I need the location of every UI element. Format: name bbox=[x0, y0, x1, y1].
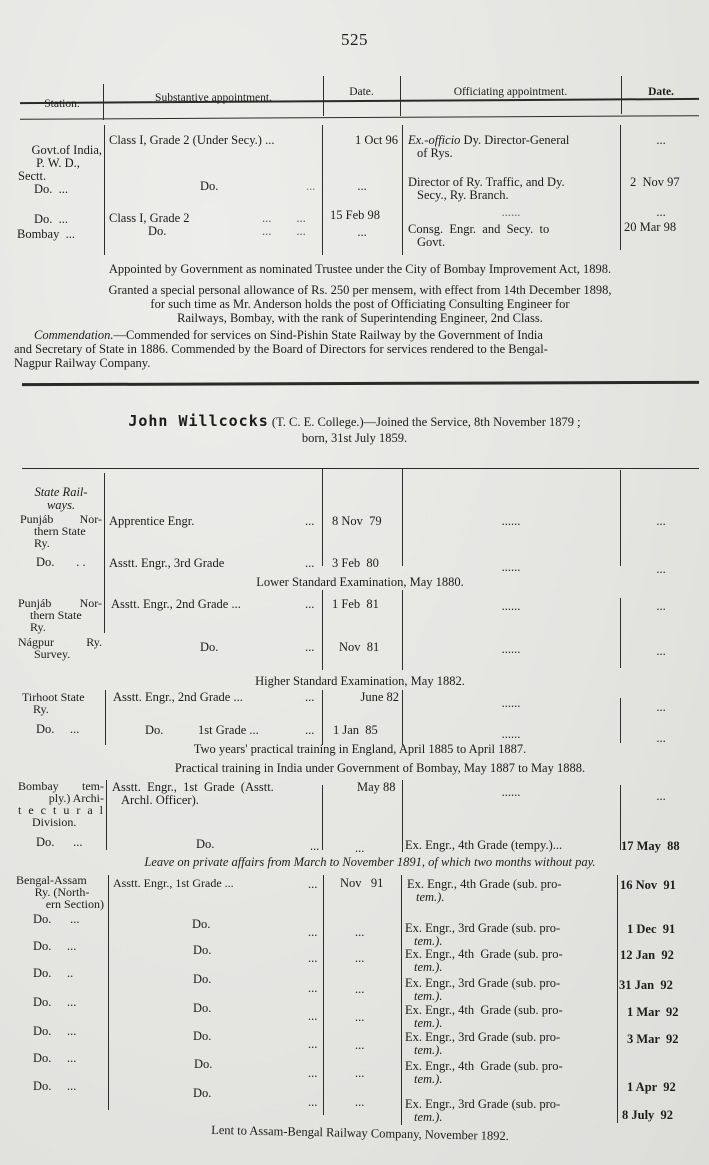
s2-r9-dots: ... bbox=[308, 878, 317, 891]
allowance-line-2: for such time as Mr. Anderson holds the … bbox=[20, 297, 700, 311]
s1-r3-date: 15 Feb 98 bbox=[330, 209, 380, 222]
s2-r16-station: Do. ... bbox=[33, 1080, 76, 1093]
s2-r12-date: ... bbox=[355, 983, 364, 996]
officer-name: John Willcocks bbox=[128, 412, 268, 430]
s2-r4-station-rest: Survey. bbox=[34, 648, 70, 660]
s2-r3-station-rest: thern State Ry. bbox=[30, 609, 82, 633]
s1-divider-3 bbox=[402, 125, 403, 255]
s1-r2-substantive: Do. bbox=[200, 180, 218, 193]
s2-r4-dots: ... bbox=[305, 641, 314, 654]
substantive-line: Archl. Officer). bbox=[112, 794, 274, 807]
s2-r3-officiating: ...... bbox=[402, 600, 620, 613]
s2-r4-substantive: Do. bbox=[200, 641, 218, 654]
trustee-note: Appointed by Government as nominated Tru… bbox=[20, 262, 700, 276]
commendation-label: Commendation. bbox=[34, 328, 114, 342]
officiating-line: tem.). bbox=[405, 1111, 560, 1124]
s1-divider-2 bbox=[322, 125, 323, 255]
s2-r4-date: Nov 81 bbox=[339, 641, 379, 654]
s1-r2-dots: ... bbox=[306, 180, 315, 193]
s2-r9-date2: 16 Nov 91 bbox=[620, 879, 676, 892]
page-number: 525 bbox=[0, 30, 709, 50]
station-line: Ry. bbox=[34, 537, 86, 549]
s2-r7-substantive: Asstt. Engr., 1st Grade (Asstt. Archl. O… bbox=[112, 781, 274, 807]
station-line: Ry. bbox=[30, 621, 82, 633]
s2-r9-officiating: Ex. Engr., 4th Grade (sub. pro- tem.). bbox=[407, 878, 561, 904]
s2-r12-substantive: Do. bbox=[193, 973, 211, 986]
s2-r2-dots: ... bbox=[305, 557, 314, 570]
lower-standard-exam: Lower Standard Examination, May 1880. bbox=[20, 575, 700, 589]
s2-divider-2c bbox=[322, 690, 323, 745]
header-date-2: Date. bbox=[621, 86, 701, 98]
s2-r15-substantive: Do. bbox=[194, 1058, 212, 1071]
officer-details: (T. C. E. College.)—Joined the Service, … bbox=[269, 415, 581, 429]
s2-r11-date: ... bbox=[355, 952, 364, 965]
s2-r10-date2: 1 Dec 91 bbox=[627, 923, 675, 936]
s2-r7-officiating: ...... bbox=[402, 786, 620, 799]
s2-r10-officiating: Ex. Engr., 3rd Grade (sub. pro- tem.). bbox=[405, 922, 560, 948]
s2-r7-station: Bombay tem- ply.) Archi- t e c t u r a l… bbox=[18, 780, 104, 828]
s2-r9-date: Nov 91 bbox=[340, 877, 383, 890]
allowance-note: Granted a special personal allowance of … bbox=[20, 283, 700, 325]
s1-r3-station: Do. ... bbox=[34, 213, 68, 226]
commendation-text: —Commended for services on Sind-Pishin S… bbox=[114, 328, 543, 342]
s2-r9-station: Bengal-Assam Ry. (North- ern Section) bbox=[16, 874, 108, 910]
label-line: ways. bbox=[18, 499, 104, 512]
s2-r1-station-rest: thern State Ry. bbox=[34, 525, 86, 549]
s2-r14-date: ... bbox=[355, 1039, 364, 1052]
s1-divider-1 bbox=[104, 125, 105, 255]
commendation: Commendation.—Commended for services on … bbox=[14, 328, 702, 370]
station-line: Division. bbox=[18, 816, 104, 828]
s1-r3-officiating: ...... bbox=[402, 206, 620, 219]
officer-heading: John Willcocks (T. C. E. College.)—Joine… bbox=[0, 414, 709, 430]
s1-r1-station: Govt.of India, P. W. D., Sectt. bbox=[14, 144, 102, 183]
s2-r6-officiating: ...... bbox=[402, 728, 620, 741]
s1-r1-date: 1 Oct 96 bbox=[326, 134, 398, 147]
officer-birth: born, 31st July 1859. bbox=[0, 431, 709, 446]
s2-r15-station: Do. ... bbox=[33, 1052, 76, 1065]
s2-r11-officiating: Ex. Engr., 4th Grade (sub. pro- tem.). bbox=[405, 948, 563, 974]
s2-r10-station: Do. ... bbox=[33, 913, 80, 926]
section2-top-rule bbox=[22, 468, 699, 469]
s2-r10-dots: ... bbox=[308, 926, 317, 939]
s2-r12-officiating: Ex. Engr., 3rd Grade (sub. pro- tem.). bbox=[405, 977, 560, 1003]
s2-r13-officiating: Ex. Engr., 4th Grade (sub. pro- tem.). bbox=[405, 1004, 563, 1030]
s2-r1-substantive: Apprentice Engr. bbox=[109, 515, 194, 528]
s2-divider-3e bbox=[401, 875, 402, 1125]
officiating-text: Secy., Ry. Branch. bbox=[408, 189, 565, 202]
leave-note: Leave on private affairs from March to N… bbox=[30, 855, 709, 869]
s2-r1-officiating: ...... bbox=[402, 515, 620, 528]
s2-r5-date2: ... bbox=[622, 701, 700, 714]
officiating-text: Govt. bbox=[408, 236, 549, 249]
s2-r14-dots: ... bbox=[308, 1038, 317, 1051]
s2-r13-dots: ... bbox=[308, 1010, 317, 1023]
s2-r2-station: Do. . . bbox=[36, 556, 86, 569]
allowance-line-1: Granted a special personal allowance of … bbox=[20, 283, 700, 297]
s2-r6-substantive-b: 1st Grade ... bbox=[198, 724, 259, 737]
s2-r11-station: Do. ... bbox=[33, 940, 76, 953]
officiating-line: tem.). bbox=[405, 990, 560, 1003]
s2-r8-officiating: Ex. Engr., 4th Grade (tempy.)... bbox=[405, 839, 562, 852]
s2-r15-dots: ... bbox=[308, 1067, 317, 1080]
s2-r8-date: ... bbox=[355, 842, 364, 855]
s2-r1-date2: ... bbox=[622, 515, 700, 528]
s2-divider-2b bbox=[322, 590, 323, 670]
s1-r4-dots: ... ... bbox=[262, 225, 306, 238]
training-england: Two years' practical training in England… bbox=[20, 742, 700, 756]
s1-r1-officiating: Ex.-officio Dy. Director-General of Rys. bbox=[408, 134, 569, 160]
s2-r15-officiating: Ex. Engr., 4th Grade (sub. pro- tem.). bbox=[405, 1060, 563, 1086]
officiating-text: Dy. Director-General bbox=[460, 133, 569, 147]
s2-divider-1d bbox=[106, 780, 107, 850]
station-line: Tirhoot State bbox=[22, 691, 85, 703]
s2-divider-2e bbox=[323, 875, 324, 1115]
s2-divider-4c bbox=[620, 698, 621, 743]
header-bottom-rule bbox=[20, 115, 699, 120]
s2-divider-2d bbox=[322, 785, 323, 850]
s2-r15-date2: 1 Apr 92 bbox=[627, 1081, 676, 1094]
s2-r3-substantive: Asstt. Engr., 2nd Grade ... bbox=[111, 598, 241, 611]
ex-officio-text: Ex.-officio bbox=[408, 133, 460, 147]
s2-r10-date: ... bbox=[355, 926, 364, 939]
s2-r11-substantive: Do. bbox=[193, 944, 211, 957]
s2-r2-substantive: Asstt. Engr., 3rd Grade bbox=[109, 557, 224, 570]
s2-divider-1a bbox=[104, 473, 105, 633]
s1-r2-date: ... bbox=[326, 180, 398, 193]
header-substantive: Substantive appointment. bbox=[104, 92, 323, 104]
s2-r1-dots: ... bbox=[305, 515, 314, 528]
s2-r13-date: ... bbox=[355, 1011, 364, 1024]
s1-r3-date2: ... bbox=[622, 206, 700, 219]
section-separator bbox=[22, 381, 699, 386]
officiating-text: of Rys. bbox=[408, 147, 569, 160]
station-line: Ry. bbox=[22, 703, 85, 715]
s2-r14-officiating: Ex. Engr., 3rd Grade (sub. pro- tem.). bbox=[405, 1031, 560, 1057]
s1-r4-officiating: Consg. Engr. and Secy. to Govt. bbox=[408, 223, 549, 249]
s2-r5-substantive: Asstt. Engr., 2nd Grade ... bbox=[113, 691, 243, 704]
s2-r5-dots: ... bbox=[305, 691, 314, 704]
s2-r16-officiating: Ex. Engr., 3rd Grade (sub. pro- tem.). bbox=[405, 1098, 560, 1124]
s1-divider-4 bbox=[620, 125, 621, 250]
s1-r4-date: ... bbox=[326, 226, 398, 239]
header-officiating: Officiating appointment. bbox=[400, 86, 621, 98]
s1-r2-officiating: Director of Ry. Traffic, and Dy. Secy., … bbox=[408, 176, 565, 202]
s2-r4-officiating: ...... bbox=[402, 643, 620, 656]
s2-r8-date2: 17 May 88 bbox=[621, 840, 680, 853]
officiating-line: tem.). bbox=[405, 1017, 563, 1030]
officiating-line: tem.). bbox=[405, 961, 563, 974]
s2-r16-dots: ... bbox=[308, 1096, 317, 1109]
s2-r16-date: ... bbox=[355, 1096, 364, 1109]
header-station: Station. bbox=[20, 98, 104, 110]
s2-r12-station: Do. .. bbox=[33, 967, 73, 980]
s2-r8-station: Do. ... bbox=[36, 836, 83, 849]
s1-r4-station: Bombay ... bbox=[17, 228, 75, 241]
s2-r7-date2: ... bbox=[622, 790, 700, 803]
s2-r7-date: May 88 bbox=[357, 781, 396, 794]
s2-r6-substantive-a: Do. bbox=[145, 724, 163, 737]
commendation-text: Nagpur Railway Company. bbox=[14, 356, 702, 370]
s2-r16-date2: 8 July 92 bbox=[622, 1109, 673, 1122]
s2-r12-dots: ... bbox=[308, 982, 317, 995]
s2-r11-dots: ... bbox=[308, 952, 317, 965]
s2-r6-station: Do. ... bbox=[36, 723, 79, 736]
s2-r13-substantive: Do. bbox=[193, 1002, 211, 1015]
s2-r10-substantive: Do. bbox=[192, 918, 210, 931]
allowance-line-3: Railways, Bombay, with the rank of Super… bbox=[20, 311, 700, 325]
s1-r1-date2: ... bbox=[622, 134, 700, 147]
s1-r4-substantive: Do. bbox=[148, 225, 166, 238]
higher-standard-exam: Higher Standard Examination, May 1882. bbox=[20, 674, 700, 688]
s2-r3-date2: ... bbox=[622, 600, 700, 613]
s2-divider-4b bbox=[620, 598, 621, 668]
s2-r12-date2: 31 Jan 92 bbox=[619, 979, 673, 992]
s2-r5-officiating: ...... bbox=[402, 697, 620, 710]
officiating-line: tem.). bbox=[407, 891, 561, 904]
s2-r2-officiating: ...... bbox=[402, 561, 620, 574]
s2-r9-substantive: Asstt. Engr., 1st Grade ... bbox=[113, 877, 234, 889]
s2-divider-1e bbox=[108, 875, 109, 1110]
s2-r2-date: 3 Feb 80 bbox=[332, 557, 379, 570]
training-india: Practical training in India under Govern… bbox=[50, 761, 709, 775]
s2-r8-dots: ... bbox=[310, 840, 319, 853]
s2-r11-date2: 12 Jan 92 bbox=[620, 949, 674, 962]
s2-r4-date2: ... bbox=[622, 645, 700, 658]
s2-r3-dots: ... bbox=[305, 598, 314, 611]
s2-r6-dots: ... bbox=[305, 724, 314, 737]
s2-r1-date: 8 Nov 79 bbox=[332, 515, 382, 528]
officiating-line: tem.). bbox=[405, 1044, 560, 1057]
s2-divider-2a bbox=[322, 469, 323, 566]
s2-r6-date: 1 Jan 85 bbox=[333, 724, 378, 737]
s2-r14-station: Do. ... bbox=[33, 1025, 76, 1038]
s2-r8-substantive: Do. bbox=[196, 838, 214, 851]
s2-divider-4e bbox=[617, 875, 618, 1123]
s1-r2-station: Do. ... bbox=[34, 183, 68, 196]
s2-r13-date2: 1 Mar 92 bbox=[627, 1006, 679, 1019]
s1-r1-substantive: Class I, Grade 2 (Under Secy.) ... bbox=[109, 134, 274, 147]
s2-divider-1b bbox=[105, 690, 106, 745]
s2-r13-station: Do. ... bbox=[33, 996, 76, 1009]
station-line: ern Section) bbox=[16, 898, 108, 910]
officiating-line: tem.). bbox=[405, 1073, 563, 1086]
lent-note: Lent to Assam-Bengal Railway Company, No… bbox=[150, 1122, 570, 1145]
s2-r15-date: ... bbox=[355, 1067, 364, 1080]
s2-divider-4a bbox=[620, 470, 621, 566]
s2-r14-substantive: Do. bbox=[193, 1030, 211, 1043]
s1-r4-date2: 20 Mar 98 bbox=[624, 221, 676, 234]
s2-r14-date2: 3 Mar 92 bbox=[627, 1033, 679, 1046]
s2-r16-substantive: Do. bbox=[193, 1087, 211, 1100]
s2-r3-date: 1 Feb 81 bbox=[332, 598, 379, 611]
s2-r5-date: June 82 bbox=[326, 691, 399, 704]
header-date: Date. bbox=[323, 86, 400, 98]
s2-r5-station: Tirhoot State Ry. bbox=[22, 691, 85, 715]
s1-r2-date2: 2 Nov 97 bbox=[630, 176, 680, 189]
state-railways-label: State Rail- ways. bbox=[18, 486, 104, 512]
commendation-text: and Secretary of State in 1886. Commende… bbox=[14, 342, 702, 356]
